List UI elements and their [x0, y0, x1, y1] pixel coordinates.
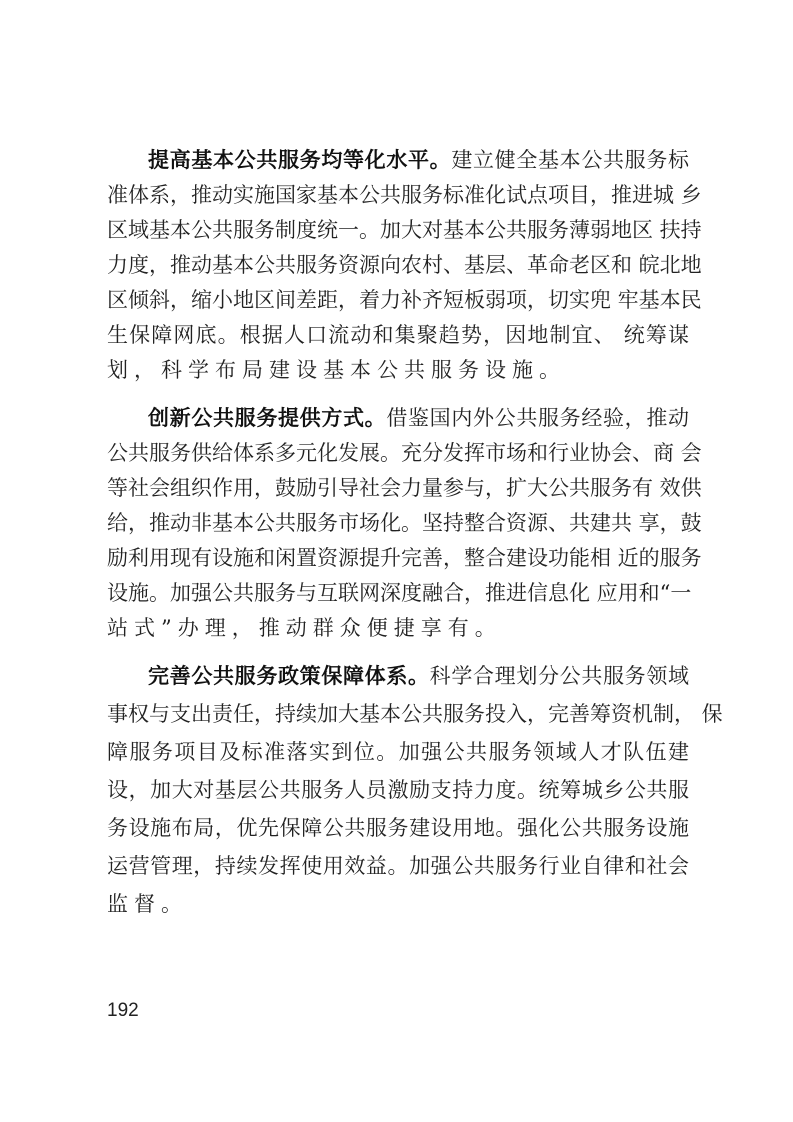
paragraph-2-text: 借鉴国内外公共服务经验，推动	[386, 406, 689, 430]
page-number: 192	[107, 1000, 139, 1022]
paragraph-2-line-4: 给，推动非基本公共服务市场化。坚持整合资源、共建共 享，鼓	[107, 506, 689, 540]
paragraph-2-line-7: 站式”办理，推动群众便捷享有。	[107, 611, 689, 645]
paragraph-3-text: 科学合理划分公共服务领域	[430, 664, 689, 688]
paragraph-1-heading: 提高基本公共服务均等化水平。	[148, 147, 451, 172]
paragraph-2-line-2: 公共服务供给体系多元化发展。充分发挥市场和行业协会、商 会	[107, 436, 689, 470]
paragraph-3-line-1: 完善公共服务政策保障体系。科学合理划分公共服务领域	[148, 659, 689, 693]
paragraph-1-line-2: 准体系，推动实施国家基本公共服务标准化试点项目，推进城 乡	[107, 178, 689, 212]
paragraph-3-line-2: 事权与支出责任，持续加大基本公共服务投入，完善筹资机制， 保	[107, 697, 689, 731]
paragraph-2-line-1: 创新公共服务提供方式。借鉴国内外公共服务经验，推动	[148, 401, 689, 435]
paragraph-1-text: 建立健全基本公共服务标	[451, 148, 689, 172]
paragraph-3-line-4: 设，加大对基层公共服务人员激励支持力度。统筹城乡公共服	[107, 773, 689, 807]
paragraph-1-line-6: 生保障网底。根据人口流动和集聚趋势，因地制宜、 统筹谋	[107, 318, 689, 352]
paragraph-2-line-6: 设施。加强公共服务与互联网深度融合，推进信息化 应用和“一	[107, 576, 689, 610]
paragraph-1-line-4: 力度，推动基本公共服务资源向农村、基层、革命老区和 皖北地	[107, 248, 689, 282]
paragraph-3-line-7: 监督。	[107, 887, 689, 921]
paragraph-1-line-5: 区倾斜，缩小地区间差距，着力补齐短板弱项，切实兜 牢基本民	[107, 283, 689, 317]
paragraph-1-line-7: 划，科学布局建设基本公共服务设施。	[107, 353, 689, 387]
paragraph-2-line-5: 励利用现有设施和闲置资源提升完善，整合建设功能相 近的服务	[107, 541, 689, 575]
paragraph-1-line-3: 区域基本公共服务制度统一。加大对基本公共服务薄弱地区 扶持	[107, 213, 689, 247]
paragraph-2-line-3: 等社会组织作用，鼓励引导社会力量参与，扩大公共服务有 效供	[107, 471, 689, 505]
paragraph-3-line-3: 障服务项目及标准落实到位。加强公共服务领域人才队伍建	[107, 735, 689, 769]
document-page: 提高基本公共服务均等化水平。建立健全基本公共服务标 准体系，推动实施国家基本公共…	[0, 0, 793, 1122]
paragraph-1-line-1: 提高基本公共服务均等化水平。建立健全基本公共服务标	[148, 143, 689, 177]
paragraph-3-heading: 完善公共服务政策保障体系。	[148, 663, 430, 688]
paragraph-3-line-6: 运营管理，持续发挥使用效益。加强公共服务行业自律和社会	[107, 849, 689, 883]
paragraph-2-heading: 创新公共服务提供方式。	[148, 405, 386, 430]
paragraph-3-line-5: 务设施布局，优先保障公共服务建设用地。强化公共服务设施	[107, 811, 689, 845]
